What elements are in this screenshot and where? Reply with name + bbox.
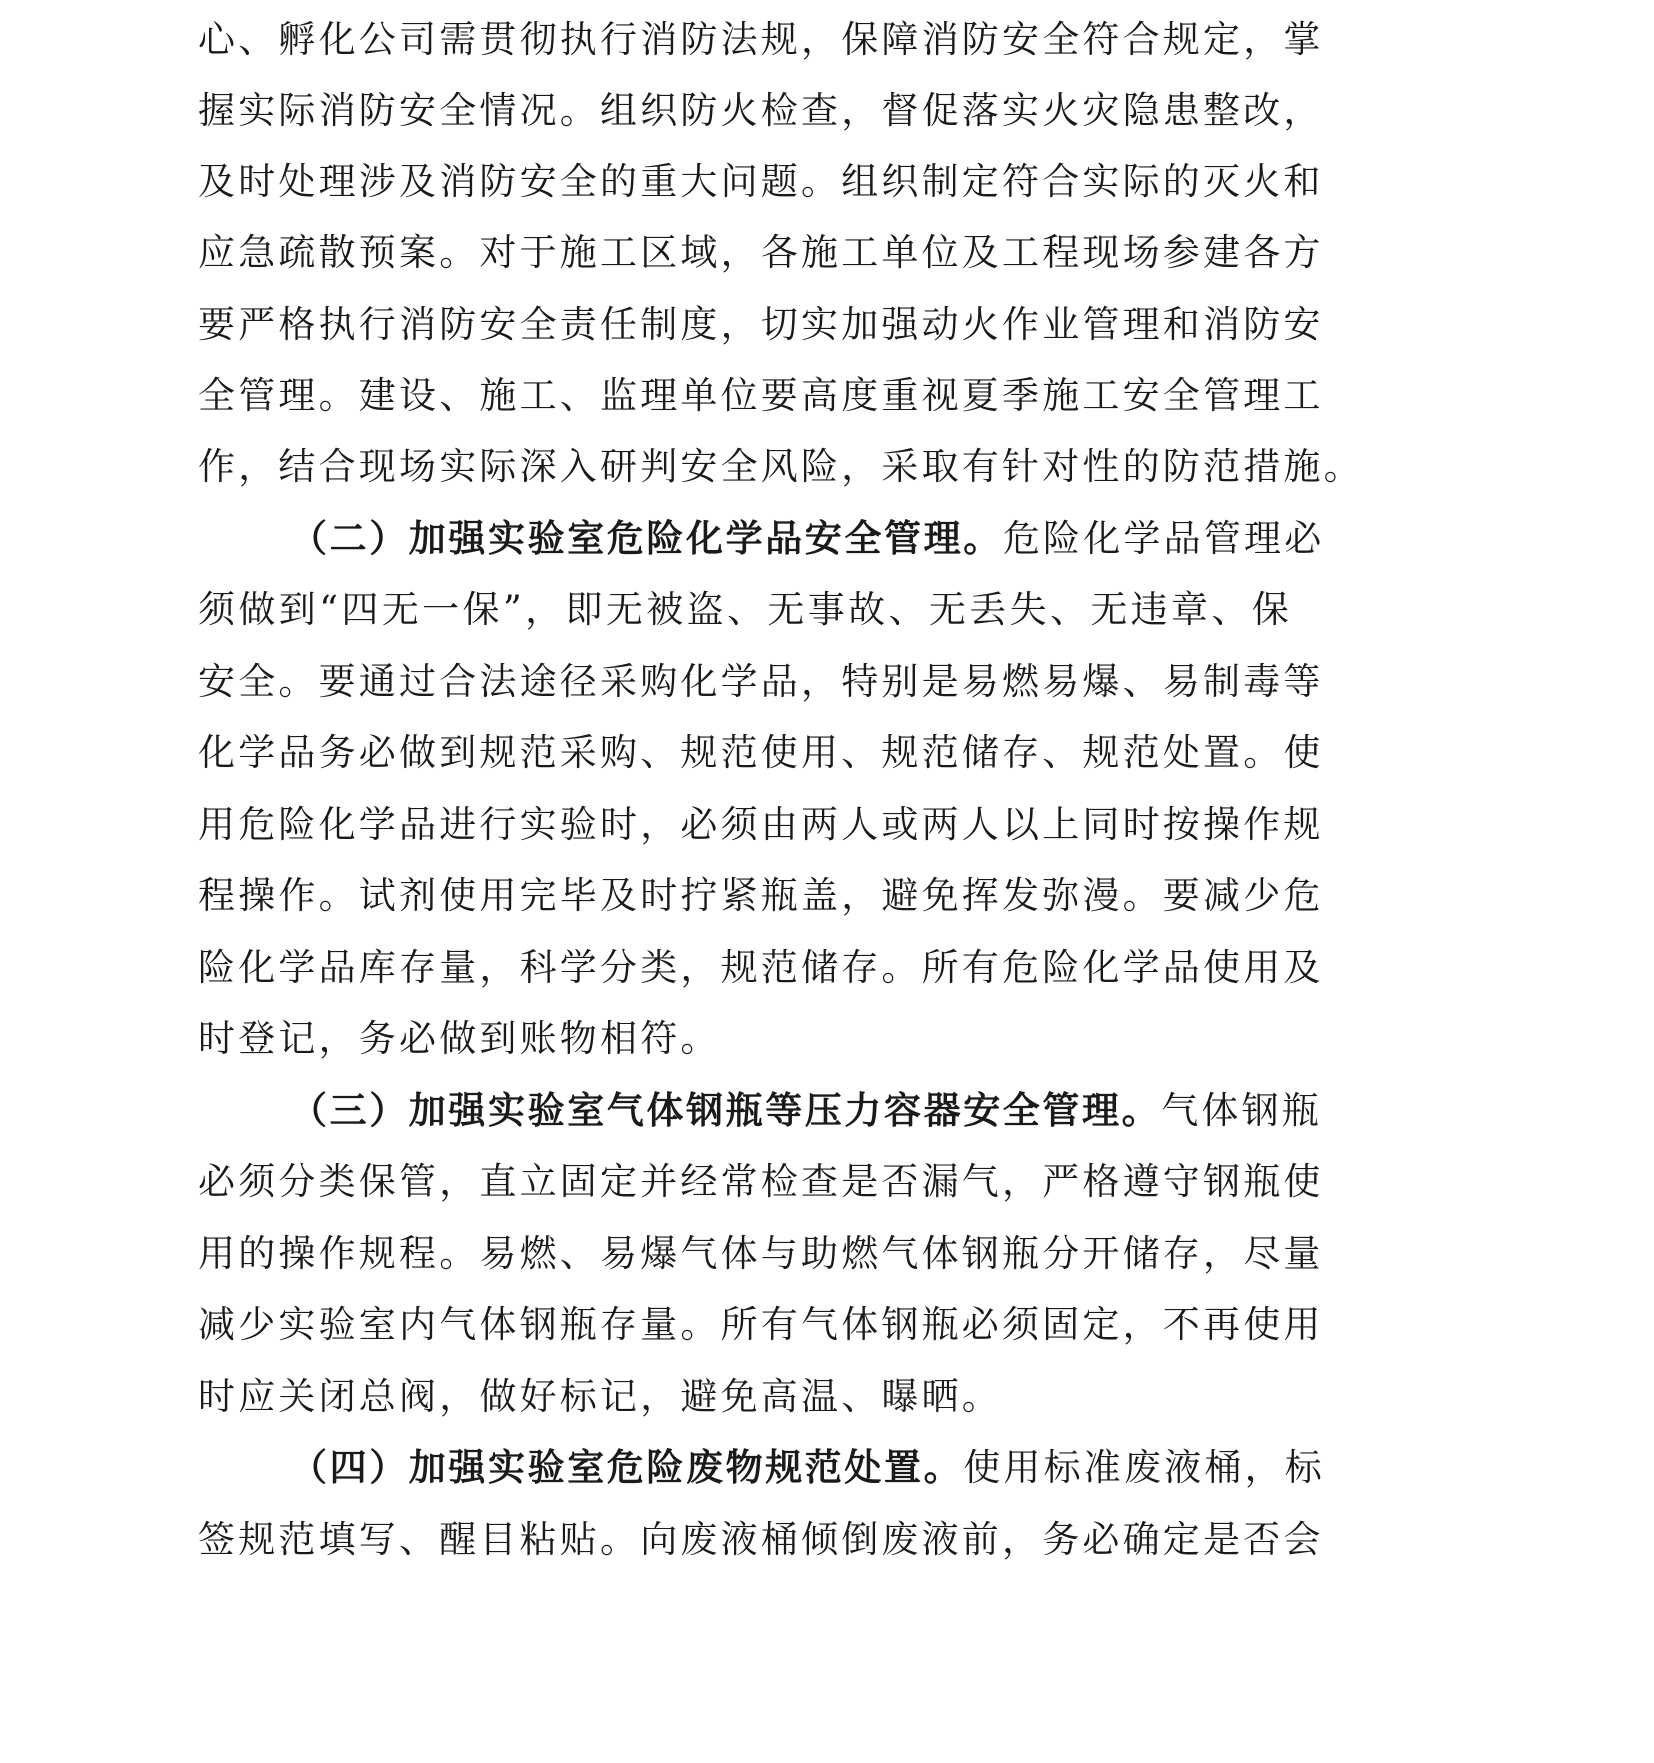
paragraph-line: 应急疏散预案。对于施工区域，各施工单位及工程现场参建各方 xyxy=(198,217,1292,288)
paragraph-line: 心、孵化公司需贯彻执行消防法规，保障消防安全符合规定，掌 xyxy=(198,4,1292,75)
paragraph-line: 要严格执行消防安全责任制度，切实加强动火作业管理和消防安 xyxy=(198,289,1292,360)
heading-line-text: 气体钢瓶 xyxy=(1161,1089,1322,1132)
section-heading: （二）加强实验室危险化学品安全管理。 xyxy=(290,516,1003,560)
heading-line-text: 使用标准废液桶，标 xyxy=(963,1446,1325,1489)
paragraph-line: 减少实验室内气体钢瓶存量。所有气体钢瓶必须固定，不再使用 xyxy=(198,1289,1292,1360)
paragraph-line: 时登记，务必做到账物相符。 xyxy=(198,1003,721,1074)
section-heading: （三）加强实验室气体钢瓶等压力容器安全管理。 xyxy=(290,1088,1161,1132)
paragraph-line: 用的操作规程。易燃、易爆气体与助燃气体钢瓶分开储存，尽量 xyxy=(198,1218,1292,1289)
section-heading: （四）加强实验室危险废物规范处置。 xyxy=(290,1445,963,1489)
paragraph-line: 险化学品库存量，科学分类，规范储存。所有危险化学品使用及 xyxy=(198,932,1292,1003)
section-heading-line: （四）加强实验室危险废物规范处置。使用标准废液桶，标 xyxy=(290,1432,1292,1503)
paragraph-line: 用危险化学品进行实验时，必须由两人或两人以上同时按操作规 xyxy=(198,789,1292,860)
paragraph-line: 及时处理涉及消防安全的重大问题。组织制定符合实际的灭火和 xyxy=(198,146,1292,217)
paragraph-line: 安全。要通过合法途径采购化学品，特别是易燃易爆、易制毒等 xyxy=(198,646,1292,717)
paragraph-line: 化学品务必做到规范采购、规范使用、规范储存、规范处置。使 xyxy=(198,717,1292,788)
paragraph-line: 握实际消防安全情况。组织防火检查，督促落实火灾隐患整改， xyxy=(198,75,1292,146)
paragraph-line: 必须分类保管，直立固定并经常检查是否漏气，严格遵守钢瓶使 xyxy=(198,1146,1292,1217)
paragraph-line: 作，结合现场实际深入研判安全风险，采取有针对性的防范措施。 xyxy=(198,431,1292,502)
paragraph-line: 时应关闭总阀，做好标记，避免高温、曝晒。 xyxy=(198,1361,1002,1432)
section-heading-line: （三）加强实验室气体钢瓶等压力容器安全管理。气体钢瓶 xyxy=(290,1075,1292,1146)
paragraph-line: 全管理。建设、施工、监理单位要高度重视夏季施工安全管理工 xyxy=(198,360,1292,431)
heading-line-text: 危险化学品管理必 xyxy=(1003,517,1325,560)
section-heading-line: （二）加强实验室危险化学品安全管理。危险化学品管理必 xyxy=(290,503,1292,574)
paragraph-line: 签规范填写、醒目粘贴。向废液桶倾倒废液前，务必确定是否会 xyxy=(198,1504,1292,1575)
paragraph-line: 程操作。试剂使用完毕及时拧紧瓶盖，避免挥发弥漫。要减少危 xyxy=(198,860,1292,931)
paragraph-line: 须做到“四无一保”，即无被盗、无事故、无丢失、无违章、保 xyxy=(198,574,1292,645)
